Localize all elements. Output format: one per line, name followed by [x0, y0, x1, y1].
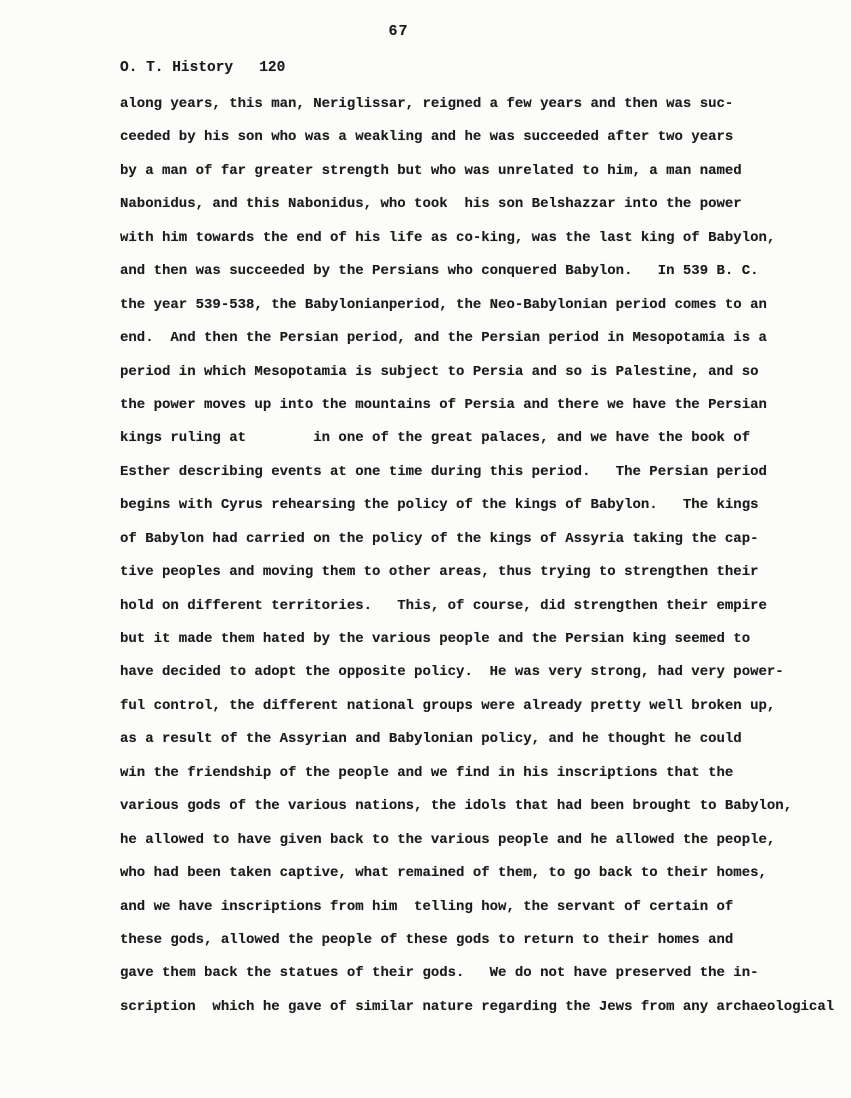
text-line: as a result of the Assyrian and Babyloni…: [120, 723, 839, 756]
text-line: along years, this man, Neriglissar, reig…: [120, 88, 839, 121]
text-line: win the friendship of the people and we …: [120, 757, 839, 790]
text-line: ful control, the different national grou…: [120, 690, 839, 723]
text-line: but it made them hated by the various pe…: [120, 623, 839, 656]
text-line: hold on different territories. This, of …: [120, 590, 839, 623]
page-number: 67: [0, 23, 797, 40]
text-line: tive peoples and moving them to other ar…: [120, 556, 839, 589]
document-body: along years, this man, Neriglissar, reig…: [120, 88, 839, 1024]
text-line: and then was succeeded by the Persians w…: [120, 255, 839, 288]
text-line: who had been taken captive, what remaine…: [120, 857, 839, 890]
text-line: scription which he gave of similar natur…: [120, 991, 839, 1024]
text-line: these gods, allowed the people of these …: [120, 924, 839, 957]
text-line: period in which Mesopotamia is subject t…: [120, 356, 839, 389]
text-line: the year 539-538, the Babylonianperiod, …: [120, 289, 839, 322]
text-line: have decided to adopt the opposite polic…: [120, 656, 839, 689]
text-line: Nabonidus, and this Nabonidus, who took …: [120, 188, 839, 221]
text-line: gave them back the statues of their gods…: [120, 957, 839, 990]
text-line: kings ruling at in one of the great pala…: [120, 422, 839, 455]
text-line: Esther describing events at one time dur…: [120, 456, 839, 489]
document-page: 67 O. T. History 120 along years, this m…: [0, 0, 851, 1098]
text-line: and we have inscriptions from him tellin…: [120, 891, 839, 924]
text-line: of Babylon had carried on the policy of …: [120, 523, 839, 556]
text-line: begins with Cyrus rehearsing the policy …: [120, 489, 839, 522]
course-header: O. T. History 120: [120, 60, 285, 76]
text-line: ceeded by his son who was a weakling and…: [120, 121, 839, 154]
text-line: the power moves up into the mountains of…: [120, 389, 839, 422]
text-line: end. And then the Persian period, and th…: [120, 322, 839, 355]
text-line: by a man of far greater strength but who…: [120, 155, 839, 188]
text-line: various gods of the various nations, the…: [120, 790, 839, 823]
text-line: with him towards the end of his life as …: [120, 222, 839, 255]
text-line: he allowed to have given back to the var…: [120, 824, 839, 857]
